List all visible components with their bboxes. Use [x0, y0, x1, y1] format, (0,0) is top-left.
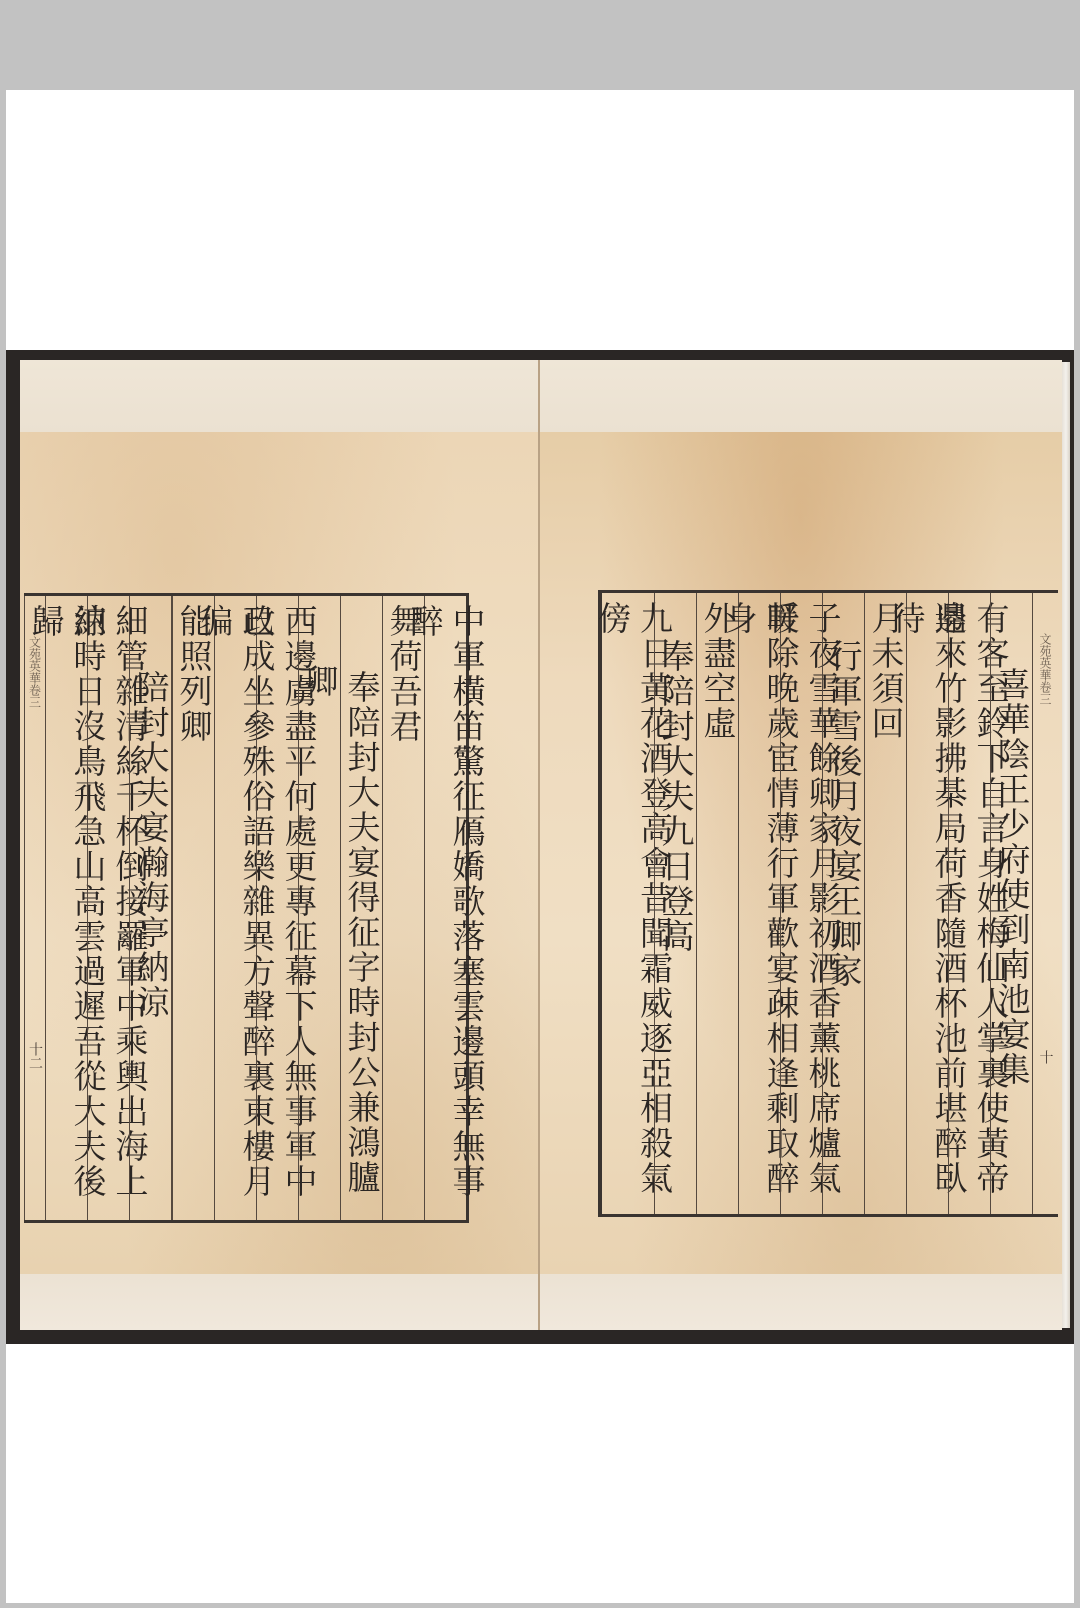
bottom-protective-leaf [20, 1274, 538, 1330]
bottom-protective-leaf [540, 1274, 1062, 1330]
text-column: 細管雜清絲千杯倒接䍦軍中乘輿出海上納 [87, 596, 129, 1220]
text-column: 有客至鈴下自言身姓梅仙人掌裏使黃帝鼎 [948, 593, 990, 1214]
page-stack-edge [1062, 362, 1070, 1328]
text-column: 卿 [298, 596, 340, 1220]
text-column-title: 行軍雪後月夜宴王卿家 [822, 593, 864, 1214]
text-column: 九日黃花酒登高會昔聞霜威逐亞相殺氣傍 [612, 593, 654, 1214]
text-column-title: 喜華陰王少府使到南池宴集 [990, 593, 1032, 1214]
right-page: 文苑英華卷三 十 喜華陰王少府使到南池宴集 有客至鈴下自言身姓梅仙人掌裏使黃帝鼎… [540, 360, 1062, 1330]
text-column-title: 奉陪封大夫九日登高 [654, 593, 696, 1214]
top-protective-leaf [540, 360, 1062, 432]
open-book: 中軍橫笛驚征鴈嬌歌落塞雲邊頭幸無事醉 舞荷吾君 奉陪封大夫宴得征字時封公兼鴻臚 … [6, 350, 1074, 1344]
text-column: 中軍橫笛驚征鴈嬌歌落塞雲邊頭幸無事醉 [424, 596, 466, 1220]
image-viewer: 中軍橫笛驚征鴈嬌歌落塞雲邊頭幸無事醉 舞荷吾君 奉陪封大夫宴得征字時封公兼鴻臚 … [6, 90, 1074, 1603]
text-frame-left: 中軍橫笛驚征鴈嬌歌落塞雲邊頭幸無事醉 舞荷吾君 奉陪封大夫宴得征字時封公兼鴻臚 … [24, 593, 469, 1223]
text-column-title: 陪封大夫宴瀚海亭納涼 [129, 596, 171, 1220]
text-column-title: 奉陪封大夫宴得征字時封公兼鴻臚 [340, 596, 382, 1220]
text-column: 西邊虜盡平何處更專征幕下人無事軍中政 [256, 596, 298, 1220]
text-frame-right: 文苑英華卷三 十 喜華陰王少府使到南池宴集 有客至鈴下自言身姓梅仙人掌裏使黃帝鼎… [598, 590, 1058, 1217]
top-protective-leaf [20, 360, 538, 432]
fold-margin: 文苑英華卷三 十 [1032, 593, 1058, 1214]
text-column: 子夜雪華餘卿家月影初酒香薰桃席爐氣暖 [780, 593, 822, 1214]
left-page: 中軍橫笛驚征鴈嬌歌落塞雲邊頭幸無事醉 舞荷吾君 奉陪封大夫宴得征字時封公兼鴻臚 … [20, 360, 538, 1330]
